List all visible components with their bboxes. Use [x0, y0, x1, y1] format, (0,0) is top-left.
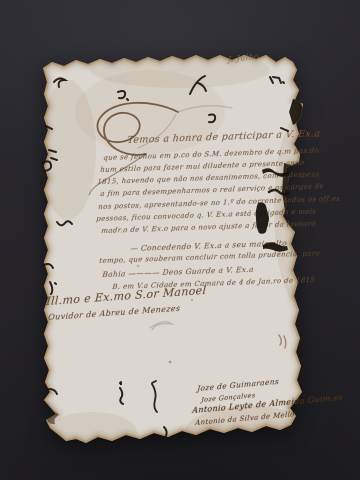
pencil-mark: [150, 322, 172, 330]
ink-mark: [270, 77, 284, 83]
ink-mark: [46, 126, 52, 129]
ink-dot: [120, 383, 122, 385]
ink-mark: [44, 264, 53, 268]
ink-mark: [152, 381, 157, 412]
ink-mark: [190, 76, 206, 94]
ink-blot: [262, 168, 289, 177]
ink-mark: [164, 427, 167, 436]
ink-mark: [42, 161, 51, 171]
faded-ink-mark: [279, 335, 286, 348]
ink-mark: [49, 389, 57, 394]
ink-mark: [281, 128, 288, 131]
ink-mark: [118, 91, 128, 100]
ink-mark: [49, 150, 57, 160]
ink-marks-layer: [0, 0, 360, 480]
ink-blot: [263, 242, 288, 251]
ink-blot: [256, 202, 269, 233]
ink-mark: [50, 282, 56, 294]
ink-mark: [57, 221, 72, 225]
ink-mark: [54, 78, 65, 87]
ink-mark: [269, 190, 288, 194]
manuscript-photo: J. Julho Temos a honra de participar a V…: [0, 0, 360, 480]
ink-mark: [209, 115, 215, 123]
ink-mark: [120, 382, 123, 404]
